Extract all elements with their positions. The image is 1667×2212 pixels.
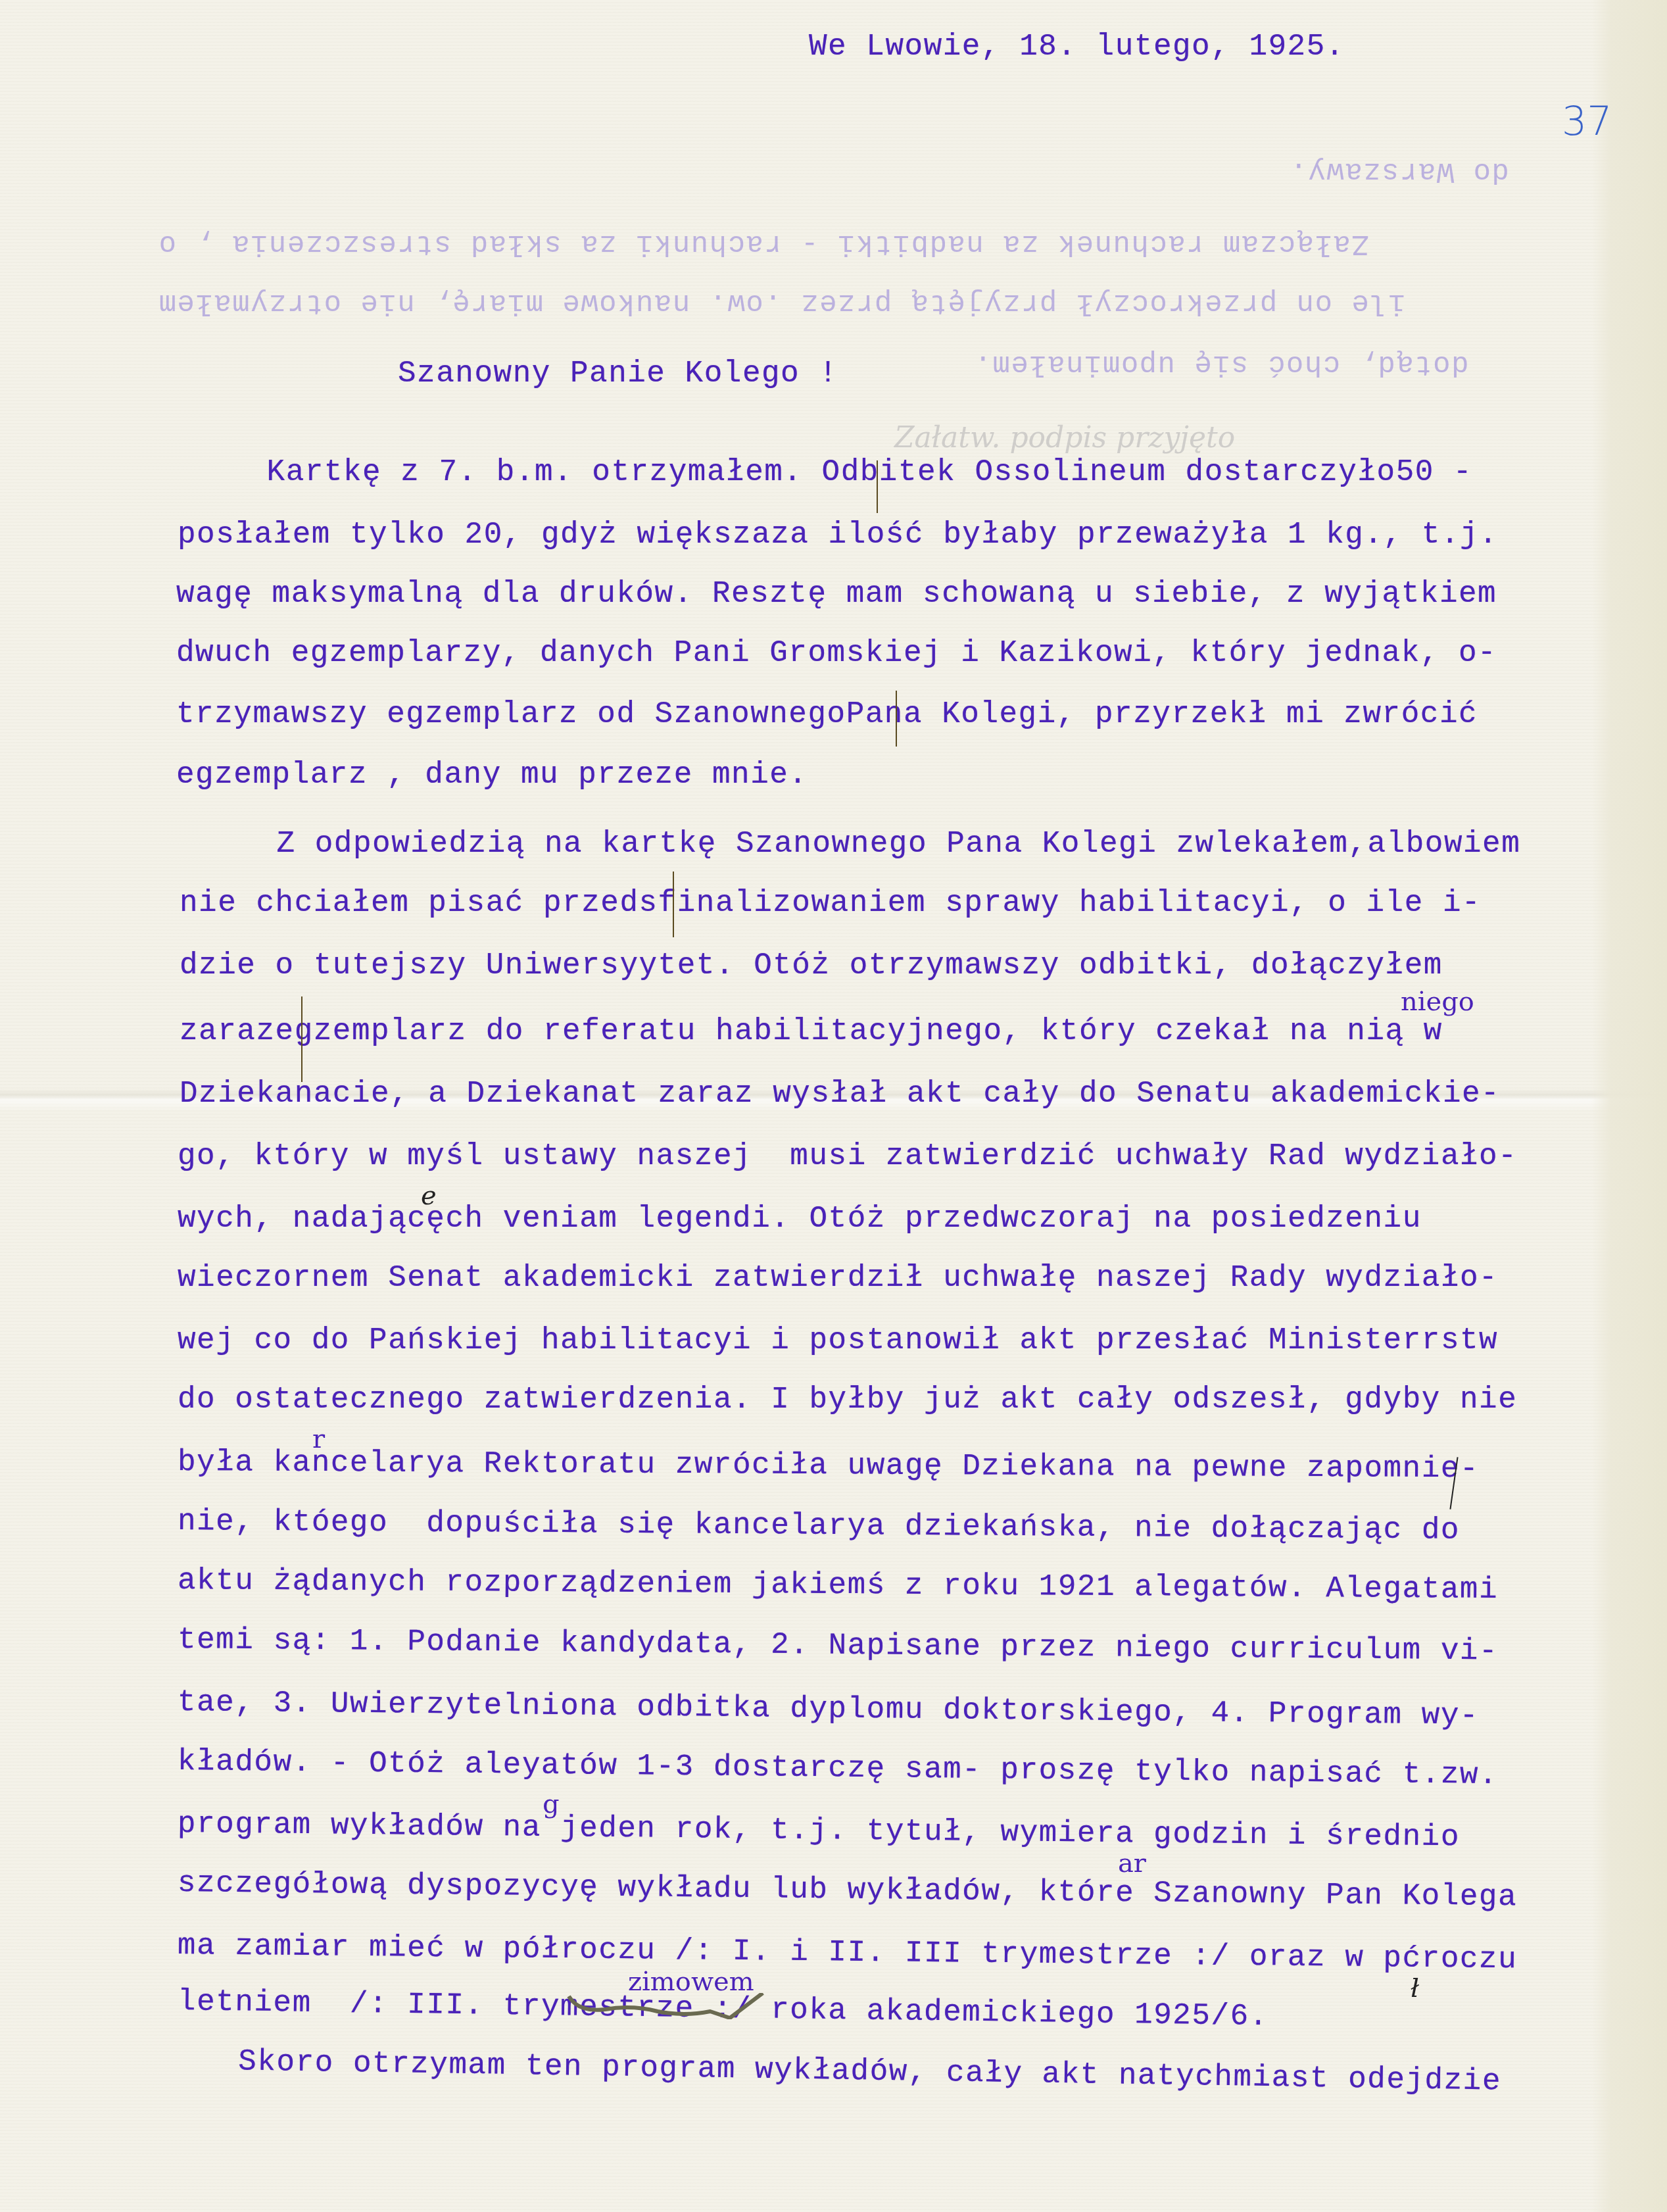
bleed-through-line: dotąd, choć się upominałem. [973, 347, 1468, 380]
body-line: Z odpowiedzią na kartkę Szanownego Pana … [181, 829, 1520, 859]
correction-text: ar [1118, 1848, 1146, 1879]
body-line: dzie o tutejszy Uniwersyytet. Otóż otrzy… [180, 950, 1443, 981]
bleed-through-line: do Warszawy. [1289, 155, 1509, 187]
correction-text: niego [1401, 987, 1474, 1017]
body-line: go, który w myśl ustawy naszej musi zatw… [178, 1141, 1517, 1171]
body-line: dwuch egzemplarzy, danych Pani Gromskiej… [176, 638, 1497, 668]
dateline: We Lwowie, 18. lutego, 1925. [809, 32, 1345, 62]
body-line: posłałem tylko 20, gdyż większaza ilość … [178, 520, 1498, 550]
correction-text: e [421, 1181, 437, 1211]
body-line: Kartkę z 7. b.m. otrzymałem. Odbitek Oss… [171, 457, 1472, 487]
body-line: do ostatecznego zatwierdzenia. I byłby j… [178, 1385, 1517, 1415]
body-line: nie, któego dopuściła się kancelarya dzi… [178, 1506, 1460, 1546]
body-line: zarazegzemplarz do referatu habilitacyjn… [180, 1016, 1443, 1046]
correction-text: r [312, 1424, 325, 1454]
body-line: wieczornem Senat akademicki zatwierdził … [178, 1263, 1498, 1293]
correction-text: ł [1411, 1973, 1419, 2003]
bleed-through-line: Załączam rachunek za nadbitki - rachunki… [158, 227, 1369, 260]
body-line: wagę maksymalną dla druków. Resztę mam s… [176, 579, 1497, 609]
insertion-mark [896, 691, 897, 747]
body-line: egzemplarz , dany mu przeze mnie. [176, 760, 808, 790]
body-line: Dziekanacie, a Dziekanat zaraz wysłał ak… [180, 1079, 1500, 1109]
pencil-note: Załatw. podpis przyjęto [894, 421, 1235, 455]
insertion-caret-icon [566, 1993, 776, 2019]
body-line: wej co do Pańskiej habilitacyi i postano… [178, 1325, 1498, 1356]
bleed-through-line: ile on przekroczył przyjętą przez .ow. n… [158, 286, 1406, 319]
body-line: była kancelarya Rektoratu zwróciła uwagę… [178, 1447, 1479, 1484]
body-line: trzymawszy egzemplarz od SzanownegoPana … [176, 699, 1478, 729]
insertion-mark [301, 996, 302, 1082]
body-line: nie chciałem pisać przedsfinalizowaniem … [180, 888, 1481, 918]
insertion-mark [673, 872, 674, 937]
body-line: aktu żądanych rozporządzeniem jakiemś z … [178, 1565, 1498, 1605]
correction-text: g [543, 1789, 560, 1819]
salutation: Szanowny Panie Kolego ! [398, 358, 838, 389]
body-line: wych, nadającęch veniam legendi. Otóż pr… [178, 1204, 1422, 1234]
folio-number: 37 [1562, 99, 1612, 145]
insertion-mark [877, 460, 878, 513]
